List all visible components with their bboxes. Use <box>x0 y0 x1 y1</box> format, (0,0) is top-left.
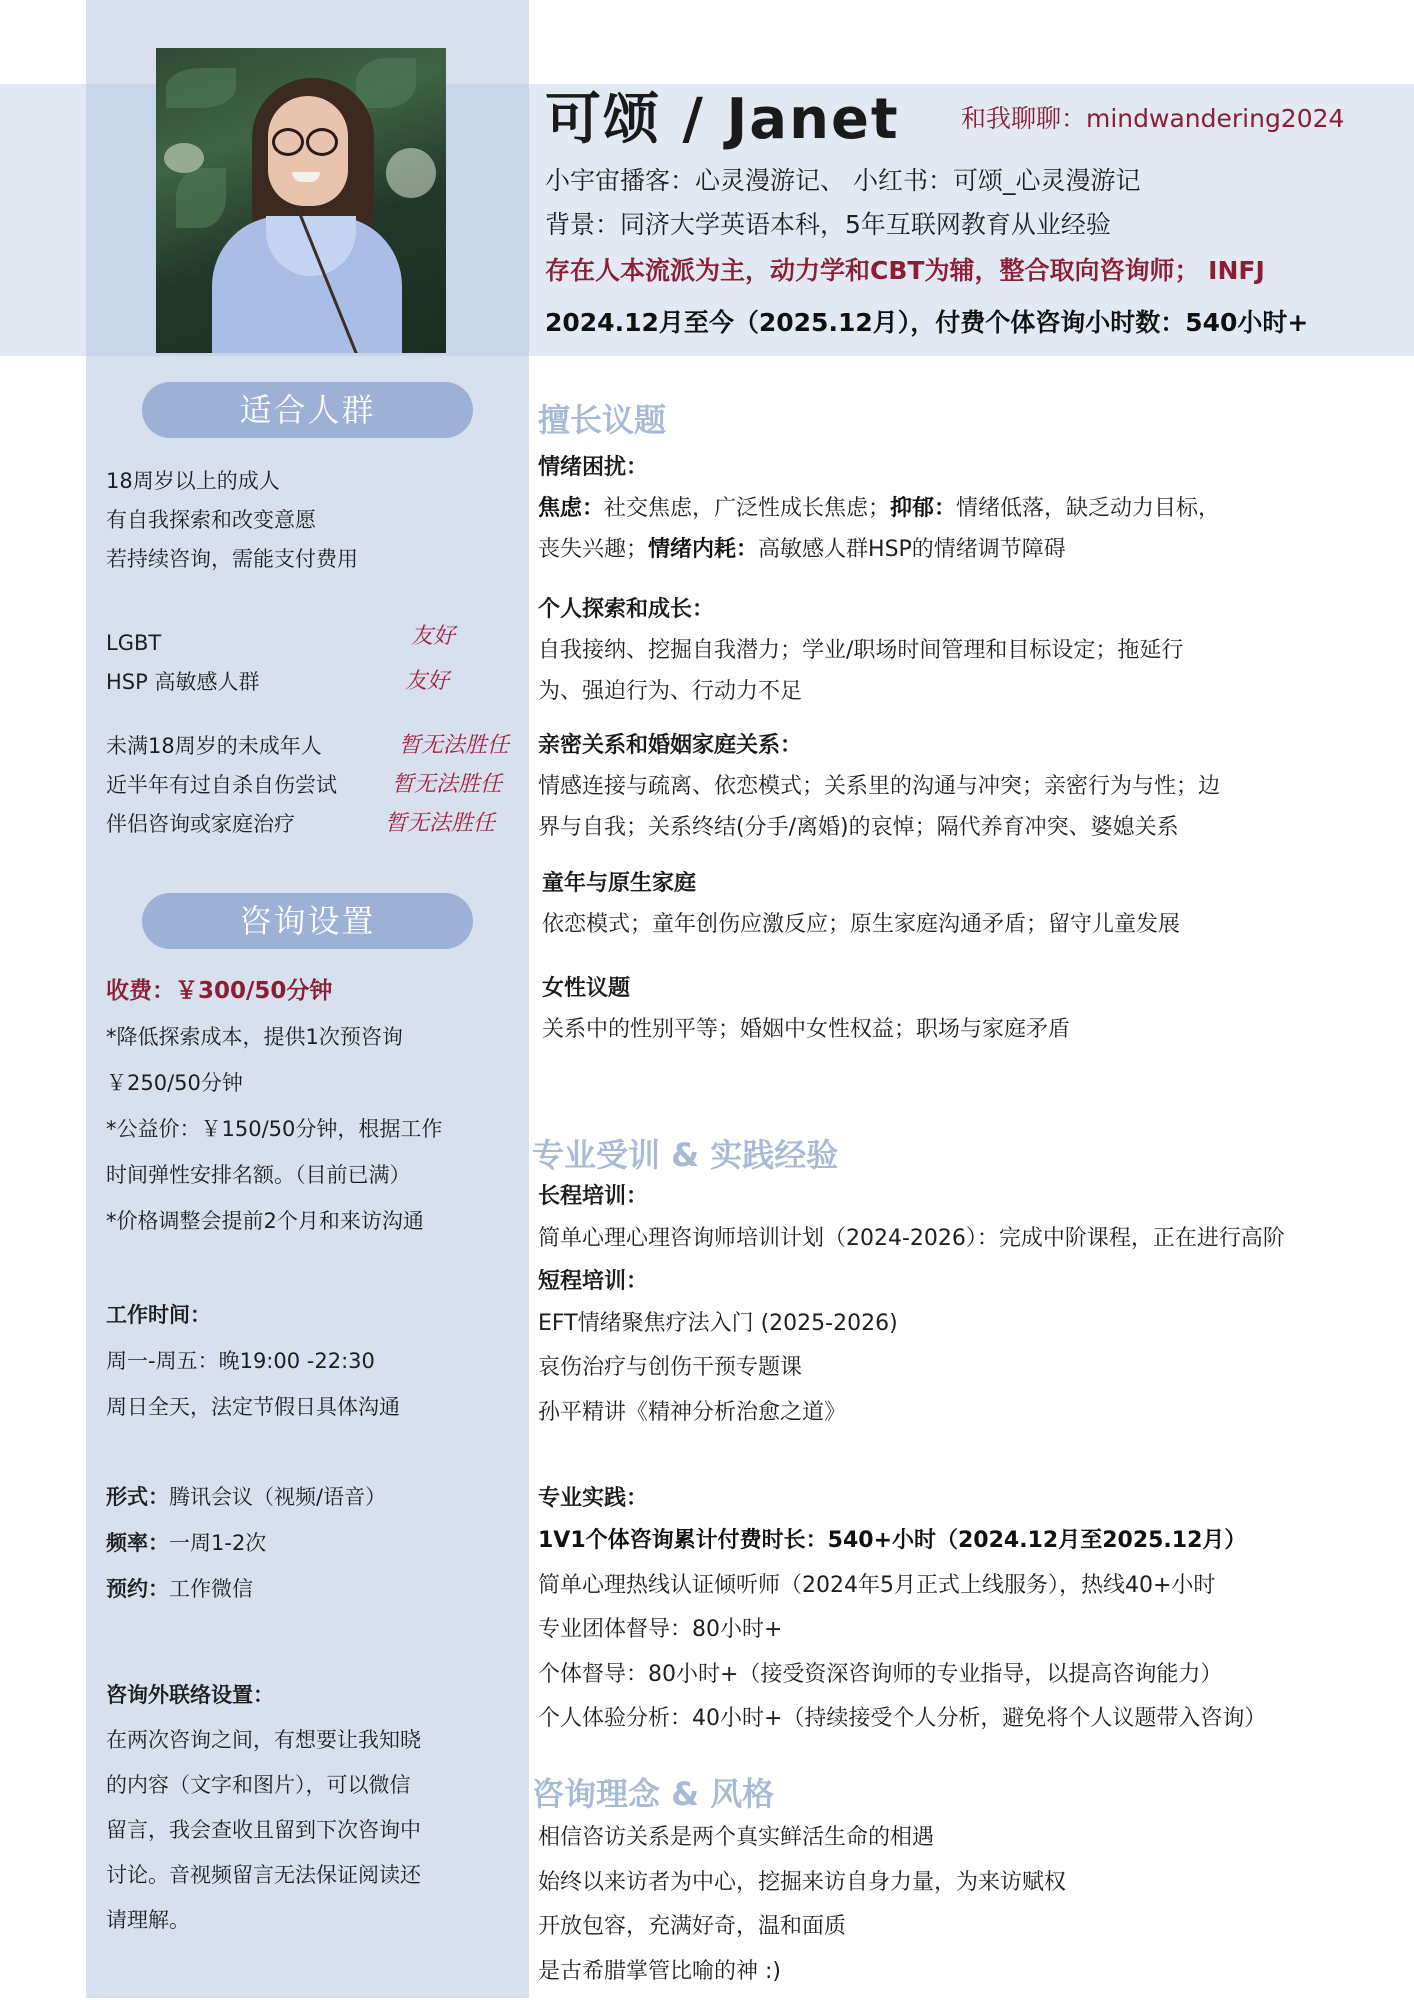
training-title: 专业受训 & 实践经验 <box>532 1133 1392 1177</box>
audience-heading: 适合人群 <box>142 382 473 438</box>
outside-contact-line: 的内容（文字和图片），可以微信 <box>106 1763 421 1808</box>
fee-note: *价格调整会提前2个月和来访沟通 <box>106 1198 442 1244</box>
growth-title: 个人探索和成长： <box>538 590 1398 630</box>
practice-item: 专业团体督导：80小时+ <box>532 1608 1392 1653</box>
women-text: 关系中的性别平等；婚姻中女性权益；职场与家庭矛盾 <box>538 1009 1398 1050</box>
excluded-label: 未满18周岁的未成年人 <box>106 734 322 758</box>
emotion-text: 焦虑：社交焦虑，广泛性成长焦虑；抑郁：情绪低落，缺乏动力目标， 丧失兴趣；情绪内… <box>538 488 1398 570</box>
training-section: 专业受训 & 实践经验 长程培训： 简单心理心理咨询师培训计划（2024-202… <box>532 1133 1392 1742</box>
friendly-tag: 友好 <box>411 622 455 652</box>
audience-basic-item: 有自我探索和改变意愿 <box>106 505 358 544</box>
philosophy-item: 相信咨访关系是两个真实鲜活生命的相遇 <box>532 1816 1392 1861</box>
fee-note: ￥250/50分钟 <box>106 1060 442 1106</box>
contact-info: 和我聊聊：mindwandering2024 <box>961 102 1344 136</box>
work-hours-label: 工作时间： <box>106 1292 400 1338</box>
work-hours: 工作时间： 周一-周五：晚19:00 -22:30 周日全天，法定节假日具体沟通 <box>106 1292 400 1430</box>
friendly-item: LGBT 友好 <box>106 628 526 667</box>
topics-title: 擅长议题 <box>538 398 1398 442</box>
outside-contact-line: 请理解。 <box>106 1898 421 1943</box>
hours-summary: 2024.12月至今（2025.12月），付费个体咨询小时数：540小时+ <box>545 306 1308 340</box>
frequency-row: 频率：一周1-2次 <box>106 1520 386 1566</box>
philosophy-item: 是古希腊掌管比喻的神 :) <box>532 1950 1392 1995</box>
profile-name: 可颂 / Janet <box>545 84 900 156</box>
friendly-tag: 友好 <box>405 667 449 697</box>
settings-heading: 咨询设置 <box>142 893 473 949</box>
topics-section: 擅长议题 情绪困扰： 焦虑：社交焦虑，广泛性成长焦虑；抑郁：情绪低落，缺乏动力目… <box>538 398 1398 1050</box>
excluded-tag: 暂无法胜任 <box>385 809 495 839</box>
profile-header: 可颂 / Janet 和我聊聊：mindwandering2024 小宇宙播客：… <box>545 84 1405 356</box>
profile-photo <box>156 48 446 353</box>
practice-item: 简单心理热线认证倾听师（2024年5月正式上线服务），热线40+小时 <box>532 1564 1392 1609</box>
long-training-item: 简单心理心理咨询师培训计划（2024-2026）：完成中阶课程，正在进行高阶 <box>532 1217 1392 1262</box>
format-row: 形式：腾讯会议（视频/语音） <box>106 1474 386 1520</box>
audience-basic-item: 若持续咨询，需能支付费用 <box>106 544 358 583</box>
short-training-item: EFT情绪聚焦疗法入门 (2025-2026) <box>532 1302 1392 1347</box>
booking-row: 预约：工作微信 <box>106 1566 386 1612</box>
format-label: 形式： <box>106 1485 169 1509</box>
audience-basic-item: 18周岁以上的成人 <box>106 466 358 505</box>
short-training-title: 短程培训： <box>532 1262 1392 1302</box>
excluded-item: 未满18周岁的未成年人 暂无法胜任 <box>106 731 526 770</box>
friendly-label: LGBT <box>106 631 161 655</box>
childhood-title: 童年与原生家庭 <box>538 864 1398 904</box>
booking-label: 预约： <box>106 1577 169 1601</box>
fee-block: 收费：￥300/50分钟 *降低探索成本，提供1次预咨询 ￥250/50分钟 *… <box>106 968 442 1244</box>
excluded-label: 近半年有过自杀自伤尝试 <box>106 773 337 797</box>
outside-contact-line: 讨论。音视频留言无法保证阅读还 <box>106 1853 421 1898</box>
short-training-item: 哀伤治疗与创伤干预专题课 <box>532 1346 1392 1391</box>
intimacy-text: 情感连接与疏离、依恋模式；关系里的沟通与冲突；亲密行为与性；边 界与自我；关系终… <box>538 766 1398 848</box>
frequency-value: 一周1-2次 <box>169 1531 266 1555</box>
practice-item: 个人体验分析：40小时+（持续接受个人分析，避免将个人议题带入咨询） <box>532 1697 1392 1742</box>
work-hours-item: 周日全天，法定节假日具体沟通 <box>106 1384 400 1430</box>
philosophy-section: 咨询理念 & 风格 相信咨访关系是两个真实鲜活生命的相遇 始终以来访者为中心，挖… <box>532 1772 1392 1994</box>
emotion-title: 情绪困扰： <box>538 448 1398 488</box>
childhood-text: 依恋模式；童年创伤应激反应；原生家庭沟通矛盾；留守儿童发展 <box>538 904 1398 945</box>
audience-friendly: LGBT 友好 HSP 高敏感人群 友好 <box>106 628 526 706</box>
fee-note: 时间弹性安排名额。（目前已满） <box>106 1152 442 1198</box>
excluded-label: 伴侣咨询或家庭治疗 <box>106 812 295 836</box>
fee-note: *降低探索成本，提供1次预咨询 <box>106 1014 442 1060</box>
short-training-item: 孙平精讲《精神分析治愈之道》 <box>532 1391 1392 1436</box>
frequency-label: 频率： <box>106 1531 169 1555</box>
philosophy-item: 始终以来访者为中心，挖掘来访自身力量，为来访赋权 <box>532 1861 1392 1906</box>
outside-contact: 咨询外联络设置： 在两次咨询之间，有想要让我知晓 的内容（文字和图片），可以微信… <box>106 1673 421 1943</box>
format-value: 腾讯会议（视频/语音） <box>169 1485 386 1509</box>
philosophy-title: 咨询理念 & 风格 <box>532 1772 1392 1816</box>
friendly-label: HSP 高敏感人群 <box>106 670 259 694</box>
intimacy-title: 亲密关系和婚姻家庭关系： <box>538 726 1398 766</box>
practice-item: 个体督导：80小时+（接受资深咨询师的专业指导，以提高咨询能力） <box>532 1653 1392 1698</box>
booking-value: 工作微信 <box>169 1577 253 1601</box>
fee-note: *公益价：￥150/50分钟，根据工作 <box>106 1106 442 1152</box>
practice-item: 1V1个体咨询累计付费时长：540+小时（2024.12月至2025.12月） <box>532 1519 1392 1564</box>
fee-price: 收费：￥300/50分钟 <box>106 968 442 1014</box>
audience-excluded: 未满18周岁的未成年人 暂无法胜任 近半年有过自杀自伤尝试 暂无法胜任 伴侣咨询… <box>106 731 526 848</box>
outside-contact-line: 在两次咨询之间，有想要让我知晓 <box>106 1718 421 1763</box>
excluded-tag: 暂无法胜任 <box>392 770 502 800</box>
philosophy-item: 开放包容，充满好奇，温和面质 <box>532 1905 1392 1950</box>
audience-basics: 18周岁以上的成人 有自我探索和改变意愿 若持续咨询，需能支付费用 <box>106 466 358 583</box>
outside-contact-line: 留言，我会查收且留到下次咨询中 <box>106 1808 421 1853</box>
friendly-item: HSP 高敏感人群 友好 <box>106 667 526 706</box>
work-hours-item: 周一-周五：晚19:00 -22:30 <box>106 1338 400 1384</box>
orientation-info: 存在人本流派为主，动力学和CBT为辅，整合取向咨询师； INFJ <box>545 254 1265 288</box>
excluded-tag: 暂无法胜任 <box>399 731 509 761</box>
women-title: 女性议题 <box>538 969 1398 1009</box>
media-links: 小宇宙播客：心灵漫游记、 小红书：可颂_心灵漫游记 <box>545 164 1140 198</box>
outside-contact-label: 咨询外联络设置： <box>106 1673 421 1718</box>
excluded-item: 伴侣咨询或家庭治疗 暂无法胜任 <box>106 809 526 848</box>
background-info: 背景：同济大学英语本科，5年互联网教育从业经验 <box>545 208 1111 242</box>
practice-title: 专业实践： <box>532 1479 1392 1519</box>
session-details: 形式：腾讯会议（视频/语音） 频率：一周1-2次 预约：工作微信 <box>106 1474 386 1612</box>
growth-text: 自我接纳、挖掘自我潜力；学业/职场时间管理和目标设定；拖延行 为、强迫行为、行动… <box>538 630 1398 712</box>
excluded-item: 近半年有过自杀自伤尝试 暂无法胜任 <box>106 770 526 809</box>
long-training-title: 长程培训： <box>532 1177 1392 1217</box>
